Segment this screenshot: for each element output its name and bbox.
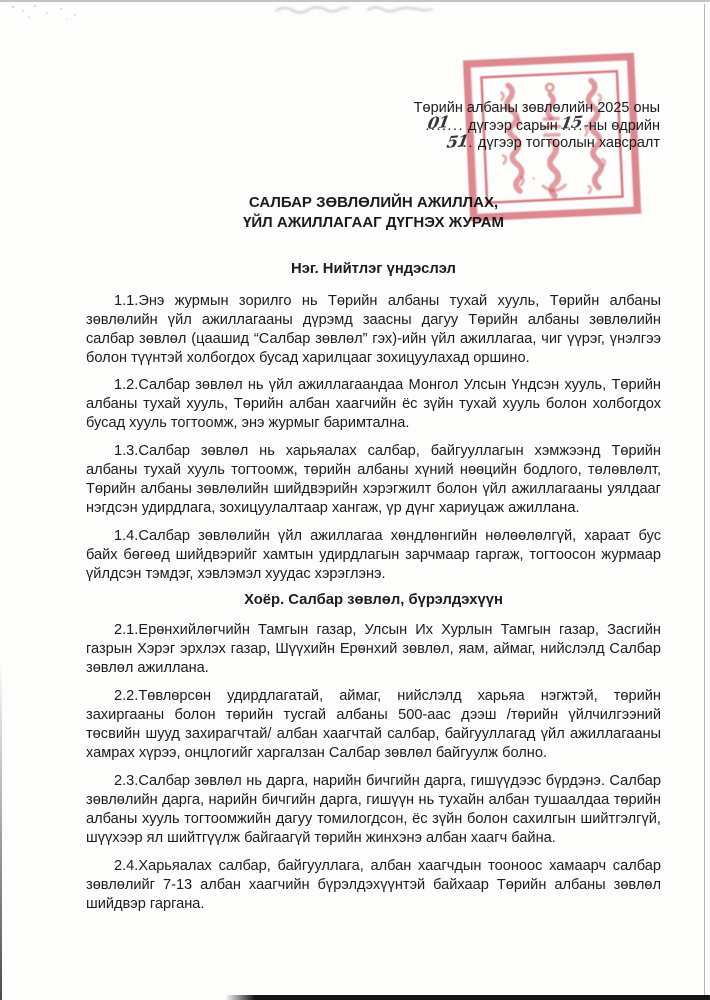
paragraph-2-4: 2.4.Харьяалах салбар, байгууллага, албан… (86, 857, 661, 914)
paragraph-2-2: 2.2.Төвлөрсөн удирдлагатай, аймаг, нийсл… (86, 687, 661, 763)
scanned-document-page: Төрийн албаны зөвлөлийн 2025 оны .......… (0, 0, 710, 1000)
section-heading-1: Нэг. Нийтлэг үндэслэл (86, 260, 661, 279)
scan-left-edge-line (0, 660, 2, 1000)
annotation-line-3: .....51 дүгээр тогтоолын хавсралт (414, 135, 660, 153)
stamp-annotation-block: Төрийн албаны зөвлөлийн 2025 оны .......… (414, 100, 660, 153)
handwritten-day-number: 15 (559, 114, 582, 132)
handwritten-month-number: 01 (427, 114, 450, 132)
paragraph-1-4: 1.4.Салбар зөвлөлийн үйл ажиллагаа хөндл… (86, 527, 661, 584)
paragraph-2-3: 2.3.Салбар зөвлөл нь дарга, нарийн бичги… (86, 772, 661, 848)
annotation-line-1: Төрийн албаны зөвлөлийн 2025 оны (414, 100, 660, 118)
document-title-line-2: ҮЙЛ АЖИЛЛАГААГ ДҮГНЭХ ЖУРАМ (86, 213, 661, 233)
paragraph-1-1: 1.1.Энэ журмын зорилго нь Төрийн албаны … (86, 292, 661, 368)
annotation-text: -ны өдрийн (584, 118, 660, 134)
section-heading-2: Хоёр. Салбар зөвлөл, бүрэлдэхүүн (86, 591, 661, 610)
paragraph-2-1: 2.1.Ерөнхийлөгчийн Тамгын газар, Улсын И… (86, 621, 661, 678)
scan-bottom-edge-bar (225, 995, 710, 1000)
paragraph-1-3: 1.3.Салбар зөвлөл нь харьяалах салбар, б… (86, 442, 661, 518)
annotation-text: дүгээр сарын (464, 118, 562, 134)
handwritten-resolution-number: 51 (446, 133, 469, 151)
annotation-text: дүгээр тогтоолын хавсралт (474, 135, 660, 151)
day-blank: ....15 (562, 118, 584, 136)
document-title-line-1: САЛБАР ЗӨВЛӨЛИЙН АЖИЛЛАХ, (86, 193, 661, 213)
paragraph-1-2: 1.2.Салбар зөвлөл нь үйл ажиллагаандаа М… (86, 376, 661, 433)
scan-speckles (8, 4, 10, 6)
resolution-number-blank: .....51 (446, 135, 474, 153)
document-title: САЛБАР ЗӨВЛӨЛИЙН АЖИЛЛАХ, ҮЙЛ АЖИЛЛАГААГ… (86, 193, 661, 233)
scan-right-edge-line (704, 4, 706, 998)
